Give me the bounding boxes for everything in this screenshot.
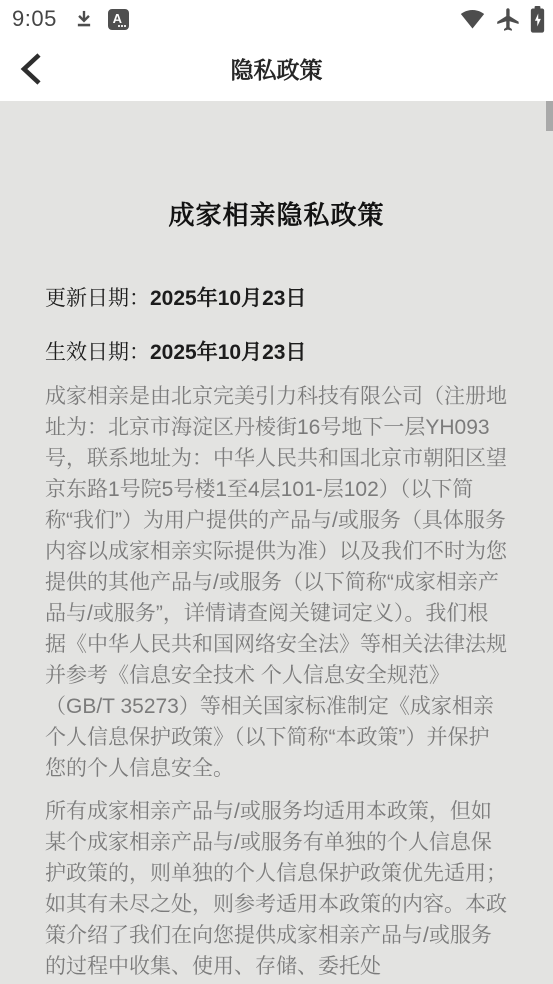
effective-date-value: 2025年10月23日	[150, 341, 306, 364]
policy-paragraph: 所有成家相亲产品与/或服务均适用本政策，但如某个成家相亲产品与/或服务有单独的个…	[45, 796, 508, 982]
privacy-policy-screen: 9:05 A	[0, 0, 553, 984]
battery-charging-icon	[530, 6, 545, 33]
letter-a-dots	[118, 25, 120, 27]
status-bar-right-group	[458, 6, 545, 33]
status-bar: 9:05 A	[0, 0, 553, 36]
download-icon	[73, 8, 95, 30]
update-date-line: 更新日期：2025年10月23日	[45, 283, 508, 314]
effective-date-line: 生效日期：2025年10月23日	[45, 337, 508, 368]
header: 隐私政策	[0, 36, 553, 101]
document-title: 成家相亲隐私政策	[45, 198, 508, 232]
back-button[interactable]	[16, 50, 46, 88]
back-chevron-icon	[18, 52, 44, 86]
effective-date-label: 生效日期：	[45, 341, 150, 364]
wifi-icon	[458, 7, 487, 31]
update-date-value: 2025年10月23日	[150, 287, 306, 310]
policy-paragraph: 成家相亲是由北京完美引力科技有限公司（注册地址为：北京市海淀区丹棱街16号地下一…	[45, 381, 508, 784]
policy-document-scroll-area[interactable]: 成家相亲隐私政策 更新日期：2025年10月23日 生效日期：2025年10月2…	[0, 101, 553, 984]
page-title: 隐私政策	[231, 52, 323, 85]
scrollbar-thumb[interactable]	[546, 101, 553, 131]
status-time: 9:05	[12, 6, 57, 32]
update-date-label: 更新日期：	[45, 287, 150, 310]
letter-a-glyph: A	[113, 12, 122, 25]
letter-a-badge-icon: A	[108, 9, 129, 30]
airplane-mode-icon	[495, 6, 522, 33]
